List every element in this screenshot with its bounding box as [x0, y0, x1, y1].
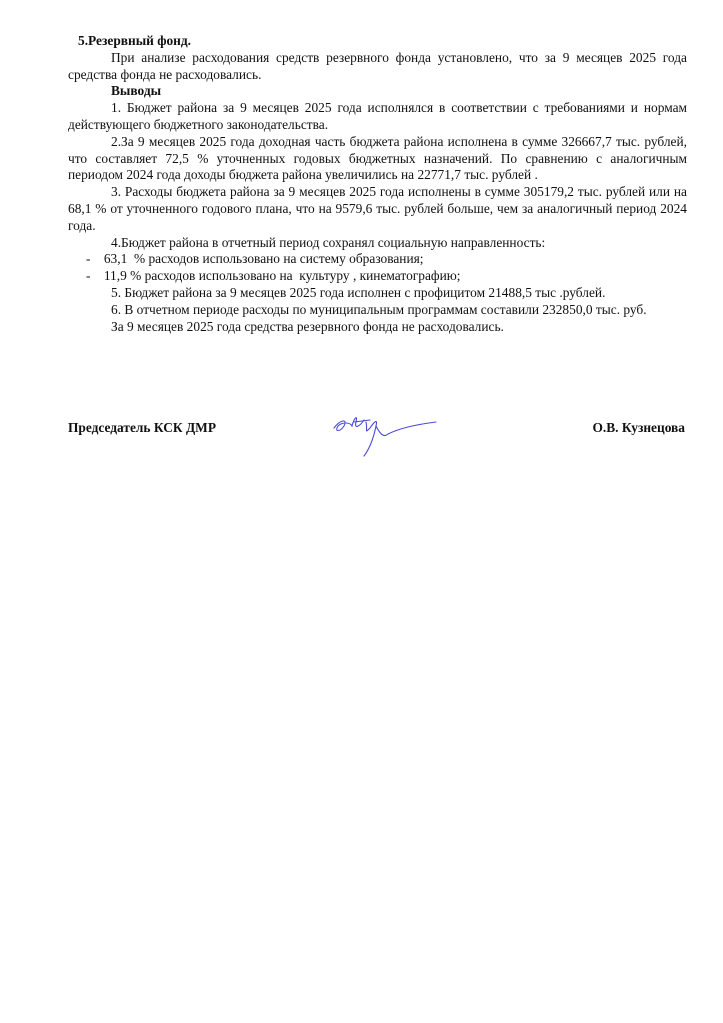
conclusion-item: 3. Расходы бюджета района за 9 месяцев 2… — [68, 184, 687, 234]
document-page: 5.Резервный фонд. При анализе расходован… — [68, 33, 687, 335]
signer-name: О.В. Кузнецова — [592, 420, 685, 436]
conclusion-item: 1. Бюджет района за 9 месяцев 2025 года … — [68, 100, 687, 134]
section-paragraph: При анализе расходования средств резервн… — [68, 50, 687, 84]
signature-block: Председатель КСК ДМР О.В. Кузнецова — [68, 420, 687, 460]
bullet-item: - 11,9 % расходов использовано на культу… — [68, 268, 687, 285]
conclusion-item: 4.Бюджет района в отчетный период сохран… — [68, 235, 687, 252]
section-title: 5.Резервный фонд. — [68, 33, 687, 50]
signer-position: Председатель КСК ДМР — [68, 420, 216, 436]
handwritten-signature-icon — [330, 408, 440, 458]
conclusions-title: Выводы — [68, 83, 687, 100]
conclusion-item: 5. Бюджет района за 9 месяцев 2025 года … — [68, 285, 687, 302]
conclusion-item: За 9 месяцев 2025 года средства резервно… — [68, 319, 687, 336]
conclusion-item: 2.За 9 месяцев 2025 года доходная часть … — [68, 134, 687, 184]
bullet-item: - 63,1 % расходов использовано на систем… — [68, 251, 687, 268]
conclusion-item: 6. В отчетном периоде расходы по муницип… — [68, 302, 687, 319]
